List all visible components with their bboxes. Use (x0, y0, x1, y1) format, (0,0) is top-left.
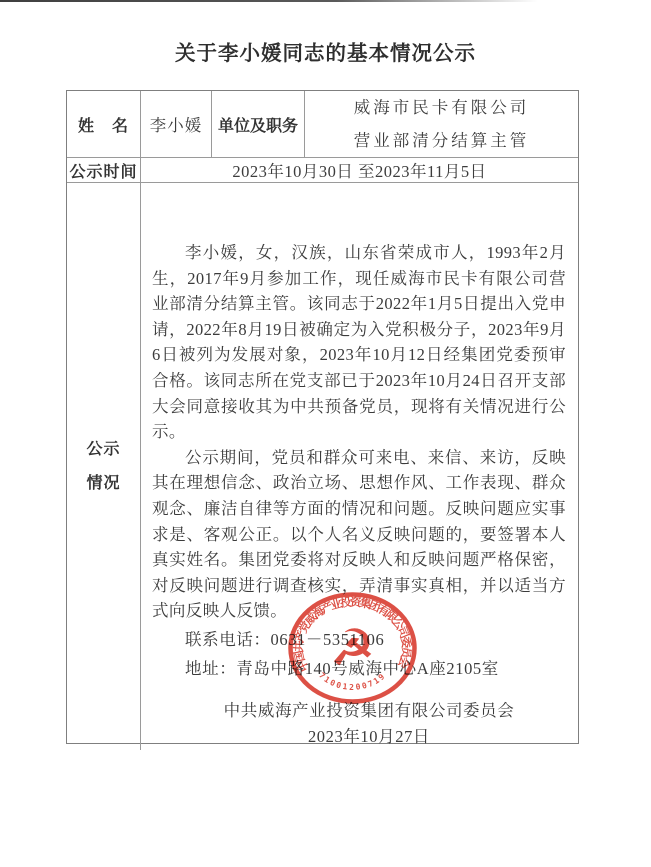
name-value: 李小媛 (141, 91, 212, 157)
paragraph-feedback: 公示期间，党员和群众可来电、来信、来访，反映其在理想信念、政治立场、思想作风、工… (152, 445, 566, 624)
contact-phone: 联系电话：0631－5351106 (152, 627, 566, 653)
signature-block: 中共威海产业投资集团有限公司委员会 2023年10月27日 (162, 698, 576, 750)
table-row-publicity-period: 公示时间 2023年10月30日 至2023年11月5日 (67, 158, 578, 183)
paragraph-intro: 李小媛，女，汉族，山东省荣成市人，1993年2月生，2017年9月参加工作，现任… (152, 240, 566, 445)
contact-address: 地址：青岛中路140号威海中心A座2105室 (152, 656, 566, 682)
scan-edge-artifact (0, 0, 560, 2)
page-title: 关于李小媛同志的基本情况公示 (0, 36, 651, 66)
details-label-line2: 情况 (86, 467, 120, 501)
info-table: 姓 名 李小媛 单位及职务 威海市民卡有限公司 营业部清分结算主管 公示时间 2… (66, 90, 579, 744)
name-label: 姓 名 (67, 91, 141, 157)
signature-date: 2023年10月27日 (162, 724, 576, 750)
unit-position-label: 单位及职务 (212, 91, 305, 157)
table-row-publicity-details: 公示 情况 李小媛，女，汉族，山东省荣成市人，1993年2月生，2017年9月参… (67, 183, 578, 750)
unit-line1: 威海市民卡有限公司 (354, 91, 530, 124)
unit-position-value: 威海市民卡有限公司 营业部清分结算主管 (305, 91, 578, 157)
details-label-line1: 公示 (86, 433, 120, 467)
publicity-period-value: 2023年10月30日 至2023年11月5日 (141, 158, 578, 182)
publicity-details-content: 李小媛，女，汉族，山东省荣成市人，1993年2月生，2017年9月参加工作，现任… (141, 183, 578, 750)
publicity-period-label: 公示时间 (67, 158, 141, 182)
signature-org: 中共威海产业投资集团有限公司委员会 (162, 698, 576, 724)
unit-line2: 营业部清分结算主管 (354, 124, 530, 157)
publicity-details-label: 公示 情况 (67, 183, 141, 750)
table-row-name-unit: 姓 名 李小媛 单位及职务 威海市民卡有限公司 营业部清分结算主管 (67, 91, 578, 158)
document-page: { "page": { "title": "关于李小媛同志的基本情况公示" },… (0, 0, 651, 867)
